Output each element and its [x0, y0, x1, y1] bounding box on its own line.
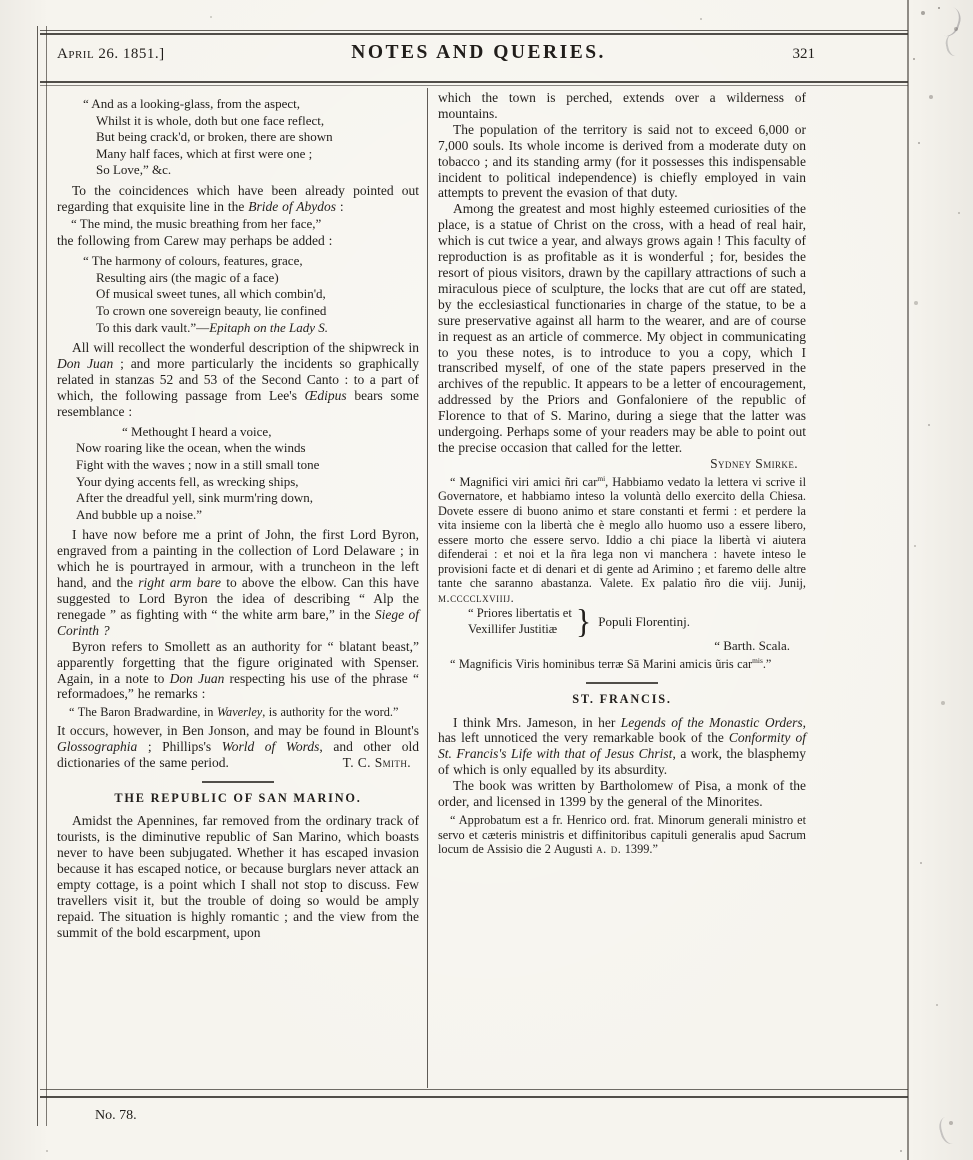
masthead-rule-thick — [40, 81, 908, 83]
paragraph-following-carew: the following from Carew may perhaps be … — [57, 233, 419, 249]
paragraph-jameson: I think Mrs. Jameson, in her Legends of … — [438, 715, 806, 779]
pencil-mark-bottom-right — [937, 1114, 964, 1146]
pencil-mark-top-right — [944, 32, 966, 57]
left-column: “ And as a looking-glass, from the aspec… — [57, 92, 419, 941]
section-heading-san-marino: THE REPUBLIC OF SAN MARINO. — [57, 791, 419, 807]
signature-barth-scala: “ Barth. Scala. — [438, 638, 806, 654]
issue-number: No. 78. — [95, 1108, 137, 1124]
verse-line: Whilst it is whole, doth but one face re… — [96, 113, 419, 130]
joint-signature-line-2: Vexillifer Justitiæ — [468, 622, 572, 638]
paragraph-coincidences: To the coincidences which have been alre… — [57, 183, 419, 215]
joint-signature-block: “ Priores libertatis et Vexillifer Justi… — [468, 606, 806, 637]
top-border-rule-thin — [40, 30, 908, 31]
top-border-rule-thick — [40, 33, 908, 35]
verse-line: “ And as a looking-glass, from the aspec… — [83, 96, 419, 113]
bottom-border-rule-thin — [40, 1089, 908, 1090]
verse-line: Resulting airs (the magic of a face) — [96, 270, 419, 287]
page-number: 321 — [793, 46, 816, 63]
paragraph-amidst-apennines: Amidst the Apennines, far removed from t… — [57, 813, 419, 940]
paragraph-print-of-john: I have now before me a print of John, th… — [57, 527, 419, 638]
poem-harmony: “ The harmony of colours, features, grac… — [83, 253, 419, 336]
verse-line: But being crack'd, or broken, there are … — [96, 129, 419, 146]
paragraph-town-perched: which the town is perched, extends over … — [438, 90, 806, 122]
verse-line: “ The harmony of colours, features, grac… — [83, 253, 419, 270]
paragraph-population: The population of the territory is said … — [438, 122, 806, 202]
scan-noise — [0, 0, 2, 2]
column-divider-rule — [427, 88, 428, 1088]
masthead: April 26. 1851.] NOTES AND QUERIES. 321 — [57, 42, 815, 64]
paragraph-bartholomew: The book was written by Bartholomew of P… — [438, 778, 806, 810]
right-column: which the town is perched, extends over … — [438, 90, 806, 857]
publication-title: NOTES AND QUERIES. — [165, 42, 793, 64]
masthead-rule-thin — [40, 85, 908, 86]
joint-signature-lines: “ Priores libertatis et Vexillifer Justi… — [468, 606, 572, 637]
verse-line: So Love,” &c. — [96, 162, 419, 179]
pencil-mark-top-right — [930, 3, 964, 40]
bottom-border-rule-thick — [40, 1096, 908, 1098]
verse-line: After the dreadful yell, sink murm'ring … — [76, 490, 419, 507]
verse-line: “ Methought I heard a voice, — [122, 424, 419, 441]
verse-line: Many half faces, which at first were one… — [96, 146, 419, 163]
verse-line: Now roaring like the ocean, when the win… — [76, 440, 419, 457]
poem-methought: “ Methought I heard a voice, Now roaring… — [63, 424, 419, 524]
letter-italian: “ Magnifici viri amici ñri carmi, Habbia… — [438, 475, 806, 606]
section-divider-rule — [202, 781, 274, 783]
scanned-periodical-page: April 26. 1851.] NOTES AND QUERIES. 321 … — [0, 0, 973, 1160]
paragraph-don-juan: All will recollect the wonderful descrip… — [57, 340, 419, 420]
joint-signature-line-1: “ Priores libertatis et — [468, 606, 572, 622]
quote-mind-music: “ The mind, the music breathing from her… — [71, 216, 419, 233]
quote-approbatum: “ Approbatum est a fr. Henrico ord. frat… — [438, 813, 806, 857]
section-heading-st-francis: ST. FRANCIS. — [438, 692, 806, 708]
letter-latin-address: “ Magnificis Viris hominibus terræ Sā Ma… — [438, 657, 806, 672]
verse-line: To crown one sovereign beauty, lie confi… — [96, 303, 419, 320]
section-divider-rule — [586, 682, 658, 684]
poem-looking-glass: “ And as a looking-glass, from the aspec… — [83, 96, 419, 179]
verse-line: Fight with the waves ; now in a still sm… — [76, 457, 419, 474]
left-margin-rule-inner — [46, 26, 47, 1126]
left-margin-rule-outer — [37, 26, 38, 1126]
paragraph-byron-smollett: Byron refers to Smollett as an authority… — [57, 639, 419, 703]
joint-signature-right-text: Populi Florentinj. — [598, 614, 690, 630]
page-edge-rule — [907, 0, 909, 1160]
verse-line: And bubble up a noise.” — [76, 507, 419, 524]
verse-line: Of musical sweet tunes, all which combin… — [96, 286, 419, 303]
signature-sydney-smirke: Sydney Smirke. — [438, 456, 806, 472]
brace-icon: } — [576, 613, 591, 630]
paragraph-statue: Among the greatest and most highly estee… — [438, 201, 806, 456]
issue-date: April 26. 1851.] — [57, 46, 165, 63]
quote-bradwardine: “ The Baron Bradwardine, in Waverley, is… — [57, 705, 419, 720]
verse-line: Your dying accents fell, as wrecking shi… — [76, 474, 419, 491]
verse-line: To this dark vault.”—Epitaph on the Lady… — [96, 320, 419, 337]
